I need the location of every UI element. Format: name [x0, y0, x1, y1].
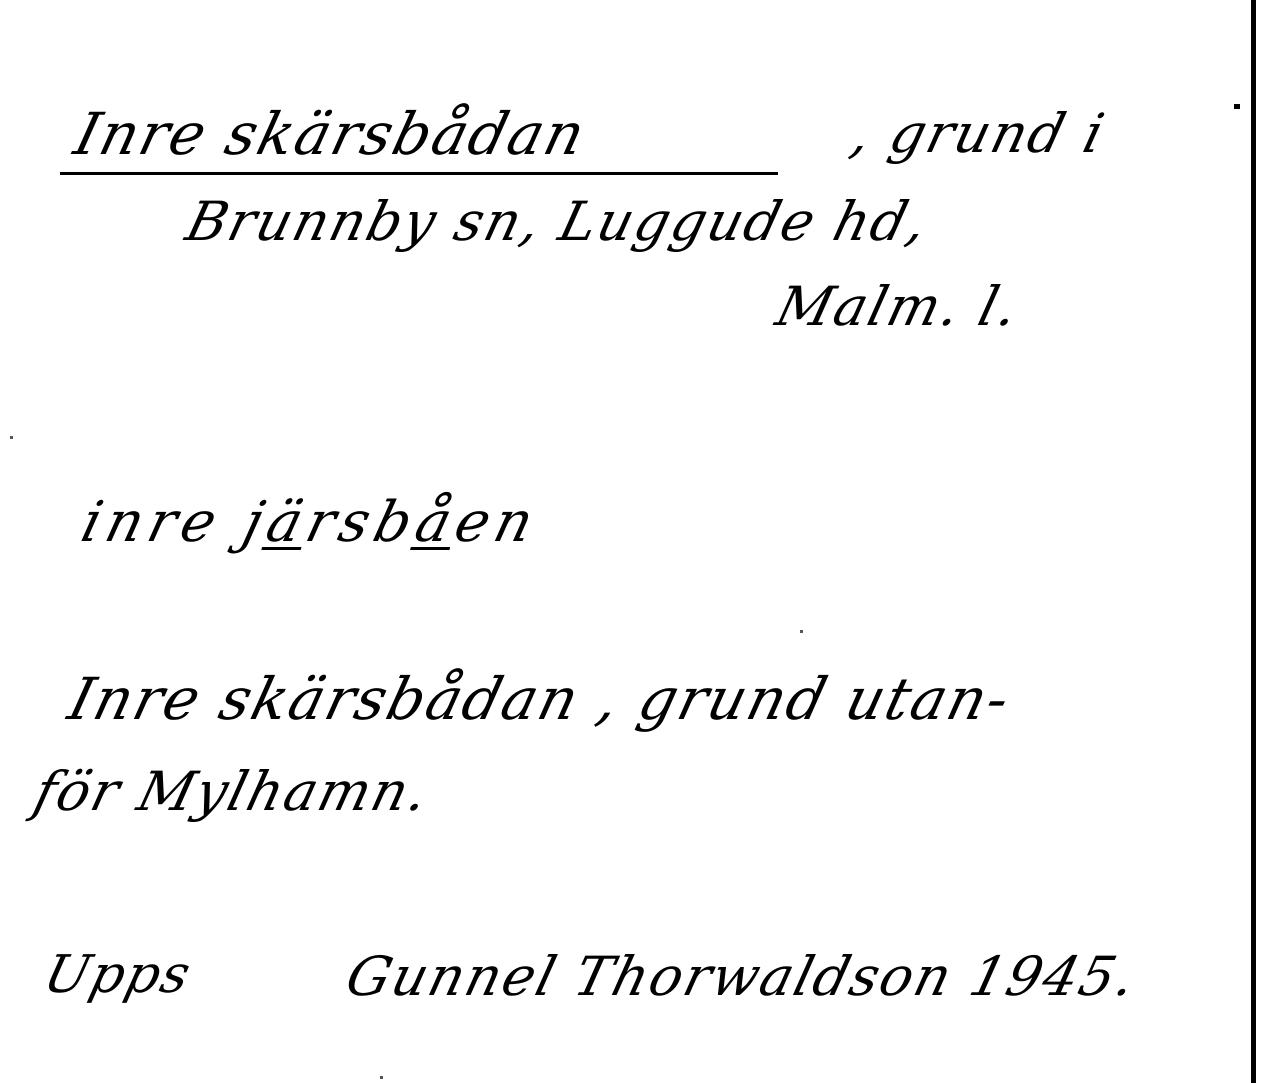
signature-year: 1945.: [963, 945, 1143, 1008]
phonetic-prefix: inre: [75, 490, 253, 555]
signature-name: Gunnel Thorwaldson: [340, 945, 960, 1008]
scan-speck: [800, 630, 803, 633]
description-line-1: Inre skärsbådan , grund utan-: [62, 665, 1018, 733]
scan-speck: [1234, 104, 1240, 109]
heading-place-name: Inre skärsbådan: [68, 100, 593, 168]
location-county: Malm. l.: [770, 275, 1026, 338]
signature: Gunnel Thorwaldson 1945.: [340, 945, 1144, 1008]
phonetic-part: en: [448, 490, 545, 555]
scan-speck: [10, 436, 13, 439]
description-line-2: för Mylhamn.: [28, 760, 436, 823]
scan-speck: [380, 1076, 383, 1079]
phonetic-transcription: inre järsbåen: [75, 490, 546, 555]
heading-underline: [60, 172, 778, 175]
heading-description: , grund i: [845, 102, 1112, 165]
card-edge-border: [1251, 0, 1256, 1083]
archive-card: Inre skärsbådan , grund i Brunnby sn, Lu…: [0, 0, 1276, 1083]
phonetic-part: rsb: [299, 490, 425, 555]
location-parish-district: Brunnby sn, Luggude hd,: [180, 190, 935, 253]
signature-prefix: Upps: [38, 945, 198, 1005]
